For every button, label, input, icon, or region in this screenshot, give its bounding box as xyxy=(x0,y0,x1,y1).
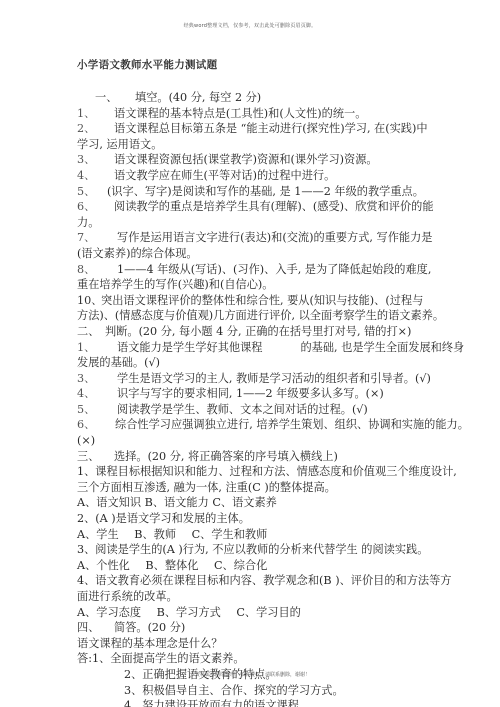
answer-line: 4、努力建设开放而有力的语文课程。 xyxy=(77,698,422,707)
list-item-continuation: 发展的基础。(√) xyxy=(77,355,422,371)
question-continuation: 面进行系统的改革。 xyxy=(77,589,422,605)
list-item-continuation: 力。 xyxy=(77,215,422,231)
list-item: 2、语文课程总目标第五条是 “能主动进行(探究性)学习, 在(实践)中 xyxy=(77,121,422,137)
question: 2、(A )是语文学习和发展的主体。 xyxy=(77,511,422,527)
answer-prefix: 答: xyxy=(77,652,92,665)
list-item: 1、语文课程的基本特点是(工具性)和(人文性)的统一。 xyxy=(77,106,422,122)
section-number: 四、 xyxy=(77,620,114,636)
list-item-continuation: 方法)、(情感态度与价值观)几方面进行评价, 以全面考察学生的语文素养。 xyxy=(77,308,422,324)
page-footer-note: 本资料属于网络整理，如有侵权，请联系删除，谢谢！ xyxy=(0,671,500,678)
list-item: 3、学生是语文学习的主人, 教师是学习活动的组织者和引导者。(√) xyxy=(77,371,422,387)
option: C、学生和教师 xyxy=(192,527,268,543)
list-item: 3、语文课程资源包括(课堂教学)资源和(课外学习)资源。 xyxy=(77,152,422,168)
question: 语文课程的基本理念是什么？ xyxy=(77,636,422,652)
answer-line: 3、积极倡导自主、合作、探究的学习方式。 xyxy=(77,683,422,699)
section-heading-short-answer: 四、简答。(20 分) xyxy=(77,620,422,636)
list-item-continuation: (×) xyxy=(77,433,422,449)
question: 1、课程目标根据知识和能力、过程和方法、情感态度和价值观三个维度设计, xyxy=(77,464,422,480)
list-item-continuation: 重在培养学生的写作(兴趣)和(自信心)。 xyxy=(77,277,422,293)
option: B、语文能力 xyxy=(145,496,209,509)
options-row: A、语文知识 B、语文能力 C、语文素养 xyxy=(77,495,422,511)
list-item: 6、综合性学习应强调独立进行, 培养学生策划、组织、协调和实施的能力。 xyxy=(77,417,422,433)
list-item: 8、1——4 年级从(写话)、(习作)、入手, 是为了降低起始段的难度, xyxy=(77,262,422,278)
options-row: A、学习态度 B、学习方式 C、学习目的 xyxy=(77,605,422,621)
page-header-note: 经典word整理文档，仅参考，双击此处可删除页眉页脚。 xyxy=(0,22,500,29)
section-title: 填空。(40 分, 每空 2 分) xyxy=(135,91,261,104)
question: 3、阅读是学生的(A )行为, 不应以教师的分析来代替学生 的阅读实践。 xyxy=(77,542,422,558)
option: A、语文知识 xyxy=(77,496,141,509)
option: B、教师 xyxy=(134,527,176,543)
section-number: 一、 xyxy=(95,90,135,106)
section-number: 二、 xyxy=(77,324,105,340)
option: B、整体化 xyxy=(145,558,198,574)
list-item: 5、阅读教学是学生、教师、文本之间对话的过程。(√) xyxy=(77,402,422,418)
answer-line: 答:1、全面提高学生的语文素养。 xyxy=(77,651,422,667)
section-number: 三、 xyxy=(77,449,114,465)
list-item: 1、语文能力是学生学好其他课程的基础, 也是学生全面发展和终身 xyxy=(77,340,422,356)
option: A、个性化 xyxy=(77,558,130,574)
list-item: 6、阅读教学的重点是培养学生具有(理解)、(感受)、欣赏和评价的能 xyxy=(77,199,422,215)
list-item: 7、写作是运用语言文字进行(表达)和(交流)的重要方式, 写作能力是 xyxy=(77,230,422,246)
list-item-continuation: 学习, 运用语文。 xyxy=(77,137,422,153)
list-item-continuation: (语文素养)的综合体现。 xyxy=(77,246,422,262)
section-title: 简答。(20 分) xyxy=(114,621,185,634)
option: C、学习目的 xyxy=(236,605,301,621)
question: 4、语文教育必须在课程目标和内容、教学观念和(B )、评价目的和方法等方 xyxy=(77,573,422,589)
section-heading-true-false: 二、判断。(20 分, 每小题 4 分, 正确的在括号里打对号, 错的打×) xyxy=(77,324,422,340)
list-item: 10、突出语文课程评价的整体性和综合性, 要从(知识与技能)、(过程与 xyxy=(77,293,422,309)
document-body: 一、填空。(40 分, 每空 2 分) 1、语文课程的基本特点是(工具性)和(人… xyxy=(77,90,422,707)
section-heading-multiple-choice: 三、选择。(20 分, 将正确答案的序号填入横线上) xyxy=(77,449,422,465)
list-item: 4、语文教学应在师生(平等对话)的过程中进行。 xyxy=(77,168,422,184)
question-continuation: 三个方面相互渗透, 融为一体, 注重(C )的整体提高。 xyxy=(77,480,422,496)
document-title: 小学语文教师水平能力测试题 xyxy=(77,57,217,72)
section-heading-fill-blank: 一、填空。(40 分, 每空 2 分) xyxy=(77,90,422,106)
section-title: 选择。(20 分, 将正确答案的序号填入横线上) xyxy=(114,450,338,463)
option: C、综合化 xyxy=(214,558,267,574)
options-row: A、个性化 B、整体化 C、综合化 xyxy=(77,558,422,574)
list-item: 4、识字与写字的要求相同, 1——2 年级要多认多写。(×) xyxy=(77,386,422,402)
section-title: 判断。(20 分, 每小题 4 分, 正确的在括号里打对号, 错的打×) xyxy=(105,325,411,338)
options-row: A、学生 B、教师 C、学生和教师 xyxy=(77,527,422,543)
option: A、学生 xyxy=(77,527,119,543)
option: C、语文素养 xyxy=(212,496,277,509)
option: A、学习态度 xyxy=(77,605,141,621)
list-item: 5、(识字、写字)是阅读和写作的基础, 是 1——2 年级的教学重点。 xyxy=(77,184,422,200)
option: B、学习方式 xyxy=(157,605,221,621)
